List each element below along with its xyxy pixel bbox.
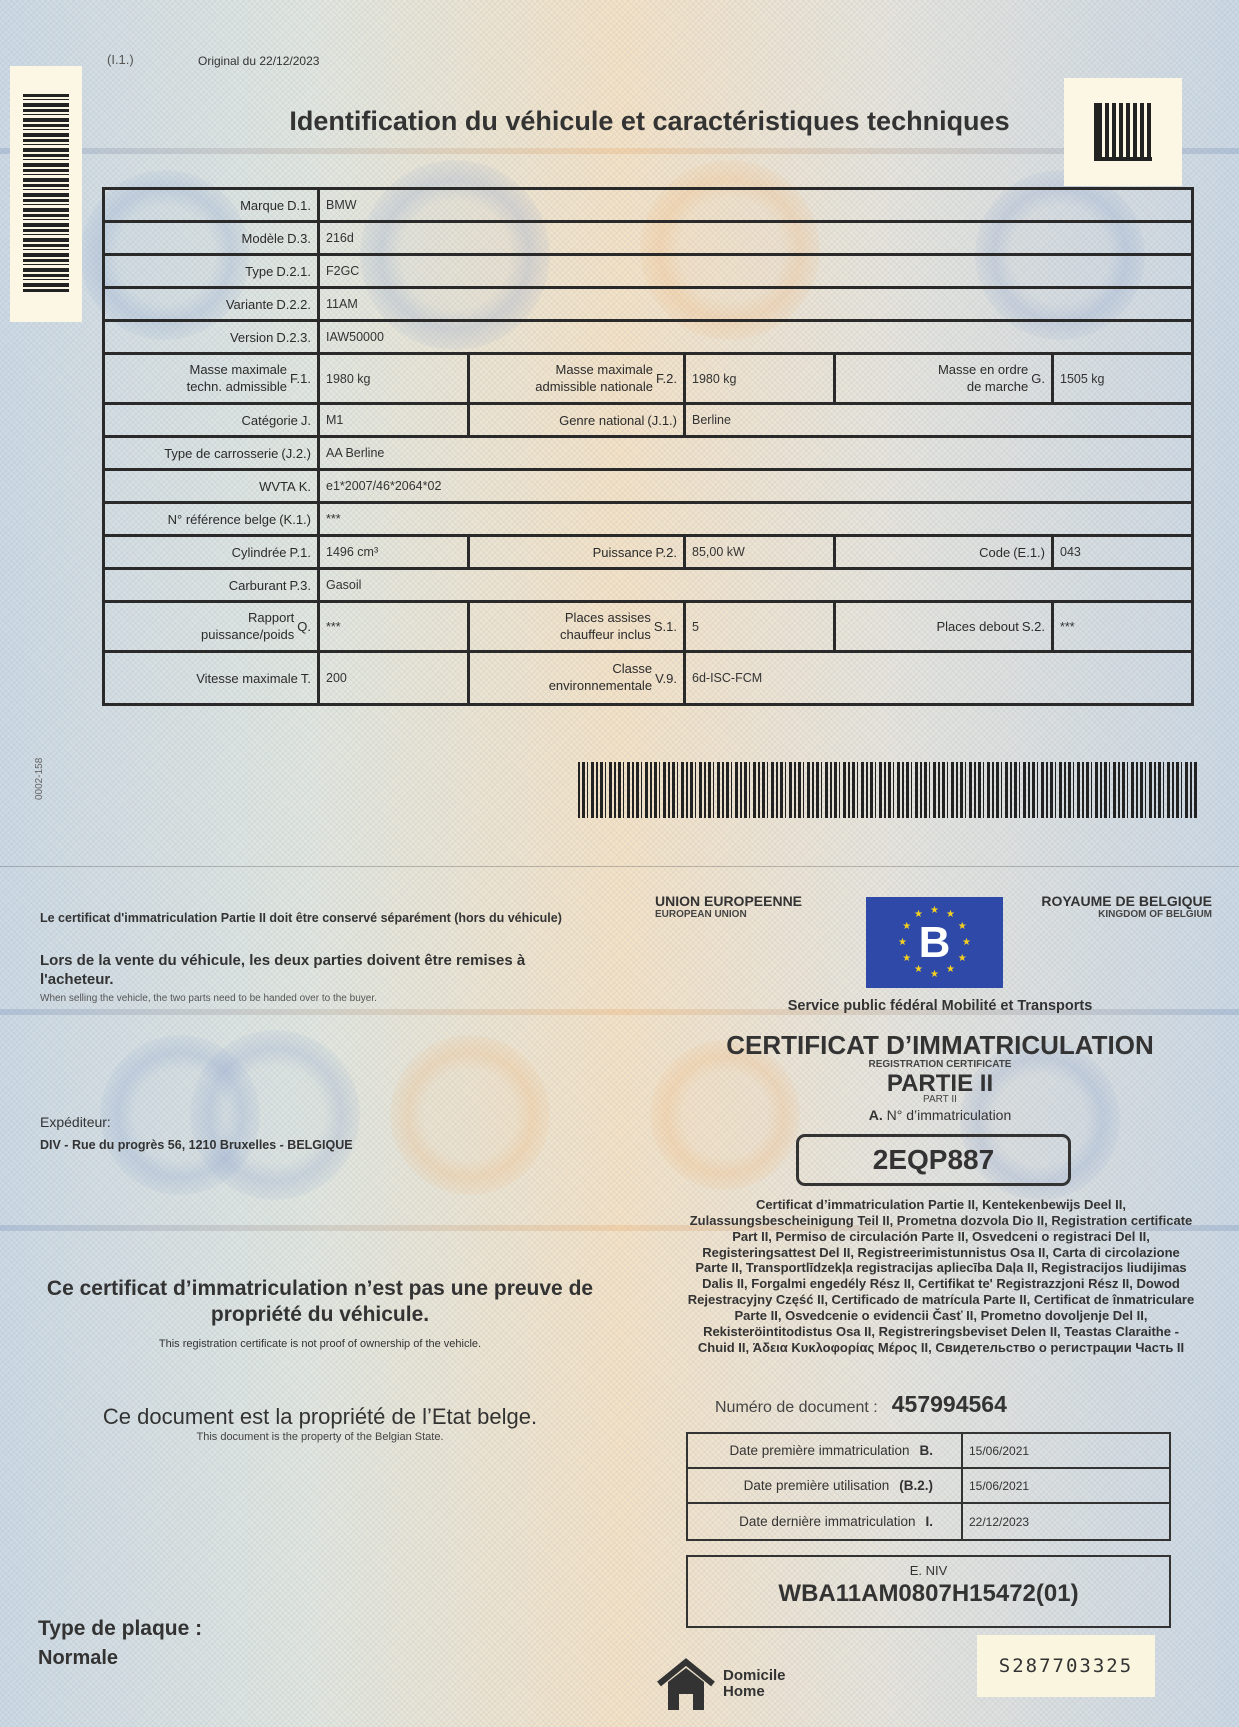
table-row: Type de carrosserie(J.2.) AA Berline: [105, 438, 1191, 471]
vin-box: E. NIV WBA11AM0807H15472(01): [686, 1555, 1171, 1628]
date-label: Date dernière immatriculationI.: [688, 1504, 963, 1539]
table-row: Vitesse maximaleT. 200 Classeenvironneme…: [105, 653, 1191, 703]
spec-value-classe-env: 6d-ISC-FCM: [686, 653, 1191, 703]
spec-label: Masse en ordrede marcheG.: [836, 355, 1054, 402]
spec-value-modele: 216d: [320, 223, 1191, 253]
star-icon: ★: [902, 922, 912, 932]
spec-label: Masse maximaletechn. admissibleF.1.: [105, 355, 320, 402]
document-number-value: 457994564: [892, 1391, 1007, 1418]
spec-label: Genre national(J.1.): [470, 405, 686, 435]
home-label-fr: Domicile: [723, 1668, 786, 1684]
table-row: Date première utilisation(B.2.) 15/06/20…: [688, 1469, 1169, 1504]
spec-value-marque: BMW: [320, 190, 1191, 220]
star-icon: ★: [930, 970, 940, 980]
home-label-en: Home: [723, 1684, 786, 1700]
plate-type-label: Type de plaque :: [38, 1617, 202, 1641]
spec-value-type: F2GC: [320, 256, 1191, 286]
page-title: Identification du véhicule et caractéris…: [0, 106, 1239, 137]
table-row: Masse maximaletechn. admissibleF.1. 1980…: [105, 355, 1191, 405]
table-row: CylindréeP.1. 1496 cm³ PuissanceP.2. 85,…: [105, 537, 1191, 570]
table-row: VarianteD.2.2. 11AM: [105, 289, 1191, 322]
spec-label: CarburantP.3.: [105, 570, 320, 600]
document-number: Numéro de document : 457994564: [715, 1391, 1007, 1418]
spec-label: Vitesse maximaleT.: [105, 653, 320, 703]
spec-label: Places assiseschauffeur inclusS.1.: [470, 603, 686, 650]
document-number-label: Numéro de document :: [715, 1399, 878, 1417]
spec-value-wvta: e1*2007/46*2064*02: [320, 471, 1191, 501]
spec-value-cylindree: 1496 cm³: [320, 537, 470, 567]
issuing-service: Service public fédéral Mobilité et Trans…: [640, 998, 1239, 1014]
table-row: Date dernière immatriculationI. 22/12/20…: [688, 1504, 1169, 1539]
table-row: Rapportpuissance/poidsQ. *** Places assi…: [105, 603, 1191, 653]
spec-value-variante: 11AM: [320, 289, 1191, 319]
watermark-wheel: [390, 1035, 550, 1195]
side-serial: 0002-158: [34, 758, 45, 800]
table-row: VersionD.2.3. IAW50000: [105, 322, 1191, 355]
table-row: Date première immatriculationB. 15/06/20…: [688, 1434, 1169, 1469]
eu-label-en: EUROPEAN UNION: [655, 909, 747, 920]
spec-value-ref-belge: ***: [320, 504, 1191, 534]
horizontal-barcode: [578, 762, 1198, 818]
date-label: Date première immatriculationB.: [688, 1434, 963, 1467]
spec-label: CylindréeP.1.: [105, 537, 320, 567]
watermark-wheel: [190, 1030, 360, 1200]
decorative-wave: [0, 148, 1239, 154]
certificate-title-en: REGISTRATION CERTIFICATE: [640, 1059, 1239, 1070]
plate-type-value: Normale: [38, 1647, 118, 1670]
sender-address: DIV - Rue du progrès 56, 1210 Bruxelles …: [40, 1138, 353, 1152]
spec-value-puissance: 85,00 kW: [686, 537, 836, 567]
star-icon: ★: [914, 965, 924, 975]
certificate-title: CERTIFICAT D’IMMATRICULATION: [640, 1030, 1239, 1061]
state-property-notice-en: This document is the property of the Bel…: [40, 1431, 600, 1443]
registration-number-label: A. N° d’immatriculation: [640, 1107, 1239, 1123]
spec-value-masse-ordre: 1505 kg: [1054, 355, 1191, 402]
eu-flag-emblem: B ★★★★★★★★★★★★: [866, 897, 1003, 988]
sale-notice: Lors de la vente du véhicule, les deux p…: [40, 952, 600, 990]
language-list: Certificat d’immatriculation Partie II, …: [686, 1197, 1196, 1356]
spec-label: Places deboutS.2.: [836, 603, 1054, 650]
keep-separate-notice: Le certificat d'immatriculation Partie I…: [40, 910, 600, 926]
spec-label: ModèleD.3.: [105, 223, 320, 253]
star-icon: ★: [946, 965, 956, 975]
spec-label: CatégorieJ.: [105, 405, 320, 435]
spec-value-genre: Berline: [686, 405, 1191, 435]
belgium-label: ROYAUME DE BELGIQUE: [1041, 893, 1212, 909]
table-row: WVTAK. e1*2007/46*2064*02: [105, 471, 1191, 504]
spec-value-masse-nat: 1980 kg: [686, 355, 836, 402]
spec-label: N° référence belge(K.1.): [105, 504, 320, 534]
spec-value-categorie: M1: [320, 405, 470, 435]
date-value: 15/06/2021: [963, 1469, 1169, 1502]
not-proof-notice-en: This registration certificate is not pro…: [40, 1338, 600, 1350]
belgium-label-en: KINGDOM OF BELGIUM: [1098, 909, 1212, 920]
home-delivery-mark: Domicile Home: [655, 1656, 786, 1712]
table-row: TypeD.2.1. F2GC: [105, 256, 1191, 289]
stamp-code: S287703325: [977, 1635, 1155, 1697]
vin-label: E. NIV: [688, 1563, 1169, 1578]
star-icon: ★: [946, 910, 956, 920]
spec-value-carrosserie: AA Berline: [320, 438, 1191, 468]
vin-value: WBA11AM0807H15472(01): [688, 1580, 1169, 1608]
vehicle-spec-table: MarqueD.1. BMW ModèleD.3. 216d TypeD.2.1…: [102, 187, 1194, 706]
original-date: Original du 22/12/2023: [198, 54, 319, 68]
star-icon: ★: [962, 938, 972, 948]
spec-label: VersionD.2.3.: [105, 322, 320, 352]
spec-value-version: IAW50000: [320, 322, 1191, 352]
table-row: MarqueD.1. BMW: [105, 190, 1191, 223]
spec-label: Type de carrosserie(J.2.): [105, 438, 320, 468]
spec-value-vitesse: 200: [320, 653, 470, 703]
spec-label: VarianteD.2.2.: [105, 289, 320, 319]
table-row: CatégorieJ. M1 Genre national(J.1.) Berl…: [105, 405, 1191, 438]
star-circle-icon: B ★★★★★★★★★★★★: [898, 906, 972, 980]
table-row: ModèleD.3. 216d: [105, 223, 1191, 256]
date-label: Date première utilisation(B.2.): [688, 1469, 963, 1502]
spec-value-masse-tech: 1980 kg: [320, 355, 470, 402]
form-reference: (I.1.): [107, 52, 134, 67]
spec-label: WVTAK.: [105, 471, 320, 501]
spec-label: Masse maximaleadmissible nationaleF.2.: [470, 355, 686, 402]
spec-label: ClasseenvironnementaleV.9.: [470, 653, 686, 703]
spec-value-places-assises: 5: [686, 603, 836, 650]
star-icon: ★: [930, 906, 940, 916]
house-icon: [655, 1656, 717, 1712]
spec-value-code: 043: [1054, 537, 1191, 567]
spec-label: TypeD.2.1.: [105, 256, 320, 286]
date-value: 22/12/2023: [963, 1504, 1169, 1539]
spec-value-carburant: Gasoil: [320, 570, 1191, 600]
star-icon: ★: [957, 922, 967, 932]
registration-plate: 2EQP887: [796, 1134, 1071, 1186]
spec-value-rapport: ***: [320, 603, 470, 650]
fold-line: [0, 866, 1239, 867]
not-proof-notice: Ce certificat d’immatriculation n’est pa…: [40, 1276, 600, 1329]
table-row: N° référence belge(K.1.) ***: [105, 504, 1191, 537]
sale-notice-en: When selling the vehicle, the two parts …: [40, 993, 377, 1004]
vertical-barcode: [10, 66, 82, 322]
star-icon: ★: [902, 954, 912, 964]
sender-label: Expéditeur:: [40, 1114, 111, 1130]
spec-label: Code(E.1.): [836, 537, 1054, 567]
certificate-part-en: PART II: [640, 1094, 1239, 1105]
table-row: CarburantP.3. Gasoil: [105, 570, 1191, 603]
date-value: 15/06/2021: [963, 1434, 1169, 1467]
spec-label: PuissanceP.2.: [470, 537, 686, 567]
star-icon: ★: [914, 910, 924, 920]
dates-table: Date première immatriculationB. 15/06/20…: [686, 1432, 1171, 1541]
spec-label: MarqueD.1.: [105, 190, 320, 220]
star-icon: ★: [898, 938, 908, 948]
eu-label: UNION EUROPEENNE: [655, 893, 802, 909]
star-icon: ★: [957, 954, 967, 964]
spec-value-places-debout: ***: [1054, 603, 1191, 650]
state-property-notice: Ce document est la propriété de l’Etat b…: [40, 1404, 600, 1430]
spec-label: Rapportpuissance/poidsQ.: [105, 603, 320, 650]
